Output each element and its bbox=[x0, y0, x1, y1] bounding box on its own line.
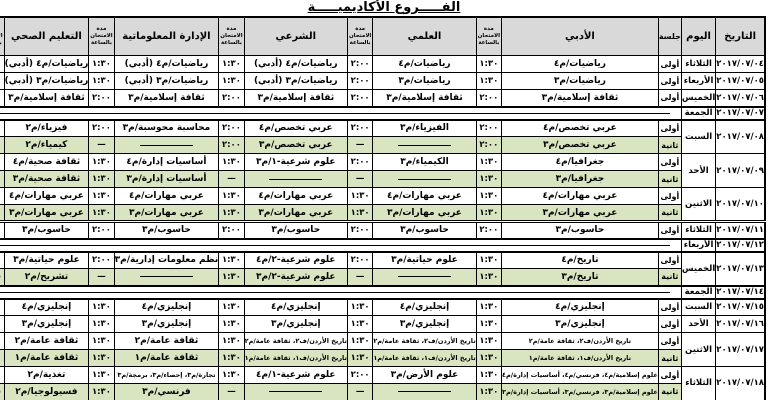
duration-cell: ١:٣٠ bbox=[476, 367, 501, 384]
duration-cell: ١:٣٠ bbox=[219, 56, 244, 73]
duration-cell: ١:٣٠ bbox=[219, 73, 244, 90]
duration-cell: ١:١٥ bbox=[0, 384, 4, 400]
subject-cell: تاريخ/م٣ bbox=[502, 269, 659, 286]
session-cell: أولى bbox=[658, 73, 681, 90]
duration-cell: ١:٣٠ bbox=[347, 333, 372, 350]
date-cell: ٢٠١٧/٠٧/١٤ bbox=[716, 286, 765, 299]
subject-cell: حاسوب/م٣ bbox=[4, 222, 89, 239]
duration-cell: ١:٣٠ bbox=[476, 316, 501, 333]
duration-cell: ١:٣٠ bbox=[476, 154, 501, 171]
subject-cell: تاريخ الأردن/ف١، ثقافة عامة/م١ bbox=[502, 350, 659, 367]
day-cell: السبت bbox=[681, 120, 715, 154]
subject-cell: رياضيات/م٤ bbox=[502, 56, 659, 73]
duration-cell: ٢:٠٠ bbox=[219, 222, 244, 239]
day-column-header: اليوم bbox=[681, 17, 715, 56]
subject-cell bbox=[114, 137, 219, 154]
date-cell: ٢٠١٧/٠٧/٠٤ bbox=[716, 56, 765, 73]
subject-cell: ثقافة عامة/م١ bbox=[114, 350, 219, 367]
duration-cell: ١:٣٠ bbox=[0, 154, 4, 171]
day-cell: الثلاثاء bbox=[681, 222, 715, 239]
duration-cell: ١:٣٠ bbox=[476, 56, 501, 73]
date-cell: ٢٠١٧/٠٧/١١ bbox=[716, 222, 765, 239]
day-cell: السبت bbox=[681, 299, 715, 316]
branch-column-header-1: العلمي bbox=[373, 17, 476, 56]
duration-cell: ١:٣٠ bbox=[89, 205, 114, 222]
duration-column-header: مدة الامتحان بالساعة bbox=[0, 17, 4, 56]
date-cell: ٢٠١٧/٠٧/٠٦ bbox=[716, 90, 765, 107]
session-cell: ثانية bbox=[658, 205, 681, 222]
exam-row: ٢٠١٧/٠٧/١٨الثلاثاءأولىعلوم إسلامية/م٤، ف… bbox=[0, 367, 765, 384]
no-exam-dash bbox=[140, 276, 194, 277]
duration-cell: ٢:٠٠ bbox=[476, 90, 501, 107]
subject-cell: عربي تخصص/م٣ bbox=[244, 137, 347, 154]
day-cell: الثلاثاء bbox=[681, 56, 715, 73]
duration-cell: ١:٣٠ bbox=[89, 367, 114, 384]
subject-cell bbox=[373, 269, 476, 286]
subject-cell: عربي مهارات/م٣ bbox=[373, 205, 476, 222]
subject-cell: أساسيات إدارة/م٣ bbox=[114, 171, 219, 188]
subject-cell: تاريخ الأردن/ف٢، ثقافة عامة/م٢ bbox=[373, 333, 476, 350]
duration-cell: ١:٣٠ bbox=[0, 205, 4, 222]
duration-cell: ١:٣٠ bbox=[347, 205, 372, 222]
subject-cell: حاسوب/م٣ bbox=[244, 222, 347, 239]
duration-cell: ١:٣٠ bbox=[219, 205, 244, 222]
subject-cell: الكيمياء/م٣ bbox=[373, 154, 476, 171]
date-cell: ٢٠١٧/٠٧/٠٥ bbox=[716, 73, 765, 90]
subject-cell: محاسبة محوسبة/م٣ bbox=[114, 120, 219, 137]
subject-cell: إنجليزي/م٣ bbox=[502, 316, 659, 333]
subject-cell: رياضيات/م٣ (أدبي) bbox=[4, 73, 89, 90]
subject-cell: إنجليزي/م٣ bbox=[244, 316, 347, 333]
duration-cell: ٢:٠٠ bbox=[476, 222, 501, 239]
duration-cell: ٢:٠٠ bbox=[89, 222, 114, 239]
subject-cell: تاريخ الأردن/ف٢، ثقافة عامة/م٢ bbox=[244, 333, 347, 350]
subject-cell: رياضيات/م٣ bbox=[502, 73, 659, 90]
duration-cell: ١:٣٠ bbox=[347, 299, 372, 316]
exam-row: ٢٠١٧/٠٧/٠٤الثلاثاءأولىرياضيات/م٤١:٣٠رياض… bbox=[0, 56, 765, 73]
exam-row: ثانيةعلوم إسلامية/م٣، فرنسي/م٣، أساسيات … bbox=[0, 384, 765, 400]
duration-cell: ٢:٠٠ bbox=[0, 222, 4, 239]
duration-cell: ١:٣٠ bbox=[219, 269, 244, 286]
subject-cell: رياضيات/م٣ bbox=[373, 73, 476, 90]
subject-cell: ثقافة صحية/م٤ bbox=[4, 154, 89, 171]
session-cell: ثانية bbox=[658, 269, 681, 286]
day-cell: الاثنين bbox=[681, 188, 715, 222]
session-cell: أولى bbox=[658, 252, 681, 269]
duration-cell: ١:٣٠ bbox=[89, 384, 114, 400]
duration-cell: ١:٣٠ bbox=[476, 252, 501, 269]
duration-cell: — bbox=[219, 384, 244, 400]
day-cell: الأربعاء bbox=[681, 73, 715, 90]
header-row: التاريخاليومجلسةالأدبيمدة الامتحان بالسا… bbox=[0, 17, 765, 56]
subject-cell: عربي مهارات/م٣ bbox=[244, 205, 347, 222]
page-title: الفـــــروع الأكاديميـــــة bbox=[0, 0, 768, 16]
exam-row: ٢٠١٧/٠٧/١٦الأحدأولىإنجليزي/م٣١:٣٠إنجليزي… bbox=[0, 316, 765, 333]
day-cell: الجمعة bbox=[681, 286, 715, 299]
holiday-row: ٢٠١٧/٠٧/١٢الأربعاء bbox=[0, 239, 765, 252]
duration-cell: ٢:٠٠ bbox=[219, 90, 244, 107]
duration-cell: ١:٣٠ bbox=[219, 350, 244, 367]
subject-cell: رياضيات/م٣ (أدبي) bbox=[244, 73, 347, 90]
subject-cell: تشريح/م٢ bbox=[4, 269, 89, 286]
subject-cell: جغرافيا/م٤ bbox=[502, 154, 659, 171]
no-exam-dash bbox=[398, 391, 451, 392]
duration-cell: — bbox=[347, 137, 372, 154]
exam-schedule-table: التاريخاليومجلسةالأدبيمدة الامتحان بالسا… bbox=[0, 16, 766, 400]
branch-column-header-0: الأدبي bbox=[502, 17, 659, 56]
day-cell: الاثنين bbox=[681, 333, 715, 367]
date-cell: ٢٠١٧/٠٧/٠٨ bbox=[716, 120, 765, 154]
subject-cell: علوم إسلامية/م٣، فرنسي/م٣، أساسيات إدارة… bbox=[502, 384, 659, 400]
duration-cell: ١:٣٠ bbox=[89, 171, 114, 188]
session-cell: أولى bbox=[658, 367, 681, 384]
subject-cell: ثقافة صحية/م٣ bbox=[4, 171, 89, 188]
duration-cell: ٢:٠٠ bbox=[476, 120, 501, 137]
duration-cell: ١:٣٠ bbox=[0, 171, 4, 188]
subject-cell: ثقافة عامة/م٢ bbox=[4, 333, 89, 350]
duration-cell: ١:٣٠ bbox=[0, 333, 4, 350]
subject-cell: ثقافة إسلامية/م٣ bbox=[114, 90, 219, 107]
date-cell: ٢٠١٧/٠٧/١٦ bbox=[716, 316, 765, 333]
duration-cell: — bbox=[347, 269, 372, 286]
date-column-header: التاريخ bbox=[716, 17, 765, 56]
subject-cell: عربي مهارات/م٣ bbox=[4, 205, 89, 222]
subject-cell: ثقافة عامة/م١ bbox=[4, 350, 89, 367]
duration-cell: ١:٣٠ bbox=[476, 171, 501, 188]
duration-cell: ١:٣٠ bbox=[476, 269, 501, 286]
duration-cell: ١:٣٠ bbox=[0, 137, 4, 154]
session-cell: أولى bbox=[658, 56, 681, 73]
duration-cell: ٢:٠٠ bbox=[0, 90, 4, 107]
subject-cell: إنجليزي/م٤ bbox=[244, 299, 347, 316]
exam-row: ٢٠١٧/٠٧/١١الثلاثاءأولىحاسوب/م٣٢:٠٠حاسوب/… bbox=[0, 222, 765, 239]
duration-cell: ١:٣٠ bbox=[0, 188, 4, 205]
subject-cell: إنجليزي/م٤ bbox=[114, 299, 219, 316]
subject-cell: علوم شرعية-٢/م٣ bbox=[244, 269, 347, 286]
date-cell: ٢٠١٧/٠٧/٠٧ bbox=[716, 107, 765, 120]
exam-row: ٢٠١٧/٠٧/٠٦الخميسأولىثقافة إسلامية/م٣٢:٠٠… bbox=[0, 90, 765, 107]
duration-cell: ١:٣٠ bbox=[476, 350, 501, 367]
subject-cell: رياضيات/م٤ bbox=[373, 56, 476, 73]
duration-cell: ١:٣٠ bbox=[347, 350, 372, 367]
subject-cell: علوم حياتية/م٣ bbox=[373, 252, 476, 269]
subject-cell: عربي مهارات/م٤ bbox=[502, 188, 659, 205]
day-cell: الثلاثاء bbox=[681, 367, 715, 400]
exam-row: ٢٠١٧/٠٧/١٠الاثنينأولىعربي مهارات/م٤١:٣٠ع… bbox=[0, 188, 765, 205]
holiday-line bbox=[0, 245, 670, 246]
subject-cell: إنجليزي/م٤ bbox=[502, 299, 659, 316]
session-cell: أولى bbox=[658, 188, 681, 205]
subject-cell: حاسوب/م٣ bbox=[114, 222, 219, 239]
session-cell: ثانية bbox=[658, 137, 681, 154]
subject-cell: نظم معلومات إدارية/م٣ bbox=[114, 252, 219, 269]
holiday-line bbox=[0, 292, 670, 293]
duration-cell: ١:٣٠ bbox=[89, 188, 114, 205]
subject-cell: إنجليزي/م٤ bbox=[4, 299, 89, 316]
duration-cell: ٢:٠٠ bbox=[347, 154, 372, 171]
duration-cell: ١:٣٠ bbox=[476, 333, 501, 350]
subject-cell: تجارة/م٣، إحصاء/م٣، برمجة/م٣ bbox=[114, 367, 219, 384]
exam-row: ثانيةعربي تخصص/م٣٢:٠٠—عربي تخصص/م٣٢:٠٠—ك… bbox=[0, 137, 765, 154]
day-cell: الخميس bbox=[681, 90, 715, 107]
exam-row: ٢٠١٧/٠٧/٠٥الأربعاءأولىرياضيات/م٣١:٣٠رياض… bbox=[0, 73, 765, 90]
duration-cell: — bbox=[347, 171, 372, 188]
session-cell: أولى bbox=[658, 154, 681, 171]
date-cell: ٢٠١٧/٠٧/١٣ bbox=[716, 252, 765, 286]
subject-cell: إنجليزي/م٣ bbox=[4, 316, 89, 333]
subject-cell: تاريخ/م٤ bbox=[502, 252, 659, 269]
subject-cell: تغذية/م٢ bbox=[4, 367, 89, 384]
session-cell: ثانية bbox=[658, 171, 681, 188]
subject-cell: جغرافيا/م٣ bbox=[502, 171, 659, 188]
exam-row: ٢٠١٧/٠٧/١٥السبتأولىإنجليزي/م٤١:٣٠إنجليزي… bbox=[0, 299, 765, 316]
subject-cell: رياضيات/م٤ (أدبي) bbox=[4, 56, 89, 73]
duration-cell: ١:٣٠ bbox=[476, 188, 501, 205]
duration-cell: ١:٣٠ bbox=[89, 350, 114, 367]
subject-cell: إنجليزي/م٣ bbox=[114, 316, 219, 333]
duration-cell: ١:٣٠ bbox=[89, 316, 114, 333]
duration-cell: ٢:٠٠ bbox=[347, 56, 372, 73]
date-cell: ٢٠١٧/٠٧/١٠ bbox=[716, 188, 765, 222]
day-cell: الأحد bbox=[681, 316, 715, 333]
subject-cell: علوم الأرض/م٣ bbox=[373, 367, 476, 384]
subject-cell bbox=[244, 171, 347, 188]
date-cell: ٢٠١٧/٠٧/١٢ bbox=[716, 239, 765, 252]
subject-cell: كيمياء/م٢ bbox=[4, 137, 89, 154]
day-cell: الخميس bbox=[681, 252, 715, 286]
table-body: ٢٠١٧/٠٧/٠٤الثلاثاءأولىرياضيات/م٤١:٣٠رياض… bbox=[0, 56, 765, 400]
subject-cell: عربي مهارات/م٤ bbox=[244, 188, 347, 205]
subject-cell: فيزياء/م٢ bbox=[4, 120, 89, 137]
duration-cell: ١:٣٠ bbox=[0, 56, 4, 73]
duration-cell: ١:٣٠ bbox=[89, 154, 114, 171]
no-exam-dash bbox=[398, 145, 451, 146]
duration-column-header: مدة الامتحان بالساعة bbox=[347, 17, 372, 56]
exam-row: ٢٠١٧/٠٧/٠٩الأحدأولىجغرافيا/م٤١:٣٠الكيميا… bbox=[0, 154, 765, 171]
date-cell: ٢٠١٧/٠٧/١٧ bbox=[716, 333, 765, 367]
subject-cell: فسيولوجيا/م٢ bbox=[4, 384, 89, 400]
subject-cell: علوم شرعية-١/م٤ bbox=[244, 367, 347, 384]
duration-column-header: مدة الامتحان بالساعة bbox=[476, 17, 501, 56]
subject-cell bbox=[244, 384, 347, 400]
subject-cell: عربي مهارات/م٣ bbox=[502, 205, 659, 222]
subject-cell: علوم حياتية/م٣ bbox=[4, 252, 89, 269]
duration-cell: ١:١٥ bbox=[0, 269, 4, 286]
no-exam-dash bbox=[140, 145, 194, 146]
duration-cell: ٢:٠٠ bbox=[219, 137, 244, 154]
duration-cell: ٢:٠٠ bbox=[219, 120, 244, 137]
session-cell: ثانية bbox=[658, 384, 681, 400]
subject-cell: عربي تخصص/م٣ bbox=[502, 137, 659, 154]
session-column-header: جلسة bbox=[658, 17, 681, 56]
duration-cell: ٢:٠٠ bbox=[347, 252, 372, 269]
duration-cell: ١:٣٠ bbox=[219, 299, 244, 316]
duration-cell: ٢:٠٠ bbox=[476, 137, 501, 154]
duration-cell: — bbox=[89, 269, 114, 286]
subject-cell: رياضيات/م٤ (أدبي) bbox=[114, 56, 219, 73]
duration-cell: ١:٣٠ bbox=[476, 299, 501, 316]
subject-cell: عربي مهارات/م٤ bbox=[4, 188, 89, 205]
holiday-row: ٢٠١٧/٠٧/١٤الجمعة bbox=[0, 286, 765, 299]
duration-cell: ٢:٠٠ bbox=[347, 90, 372, 107]
subject-cell: عربي مهارات/م٤ bbox=[373, 188, 476, 205]
holiday-row: ٢٠١٧/٠٧/٠٧الجمعة bbox=[0, 107, 765, 120]
subject-cell bbox=[373, 137, 476, 154]
duration-cell: ١:٣٠ bbox=[89, 333, 114, 350]
duration-cell: ١:٣٠ bbox=[219, 252, 244, 269]
subject-cell: ثقافة إسلامية/م٣ bbox=[373, 90, 476, 107]
holiday-cell bbox=[0, 107, 681, 120]
subject-cell: إنجليزي/م٣ bbox=[373, 316, 476, 333]
subject-cell: ثقافة إسلامية/م٣ bbox=[502, 90, 659, 107]
duration-cell: ١:٣٠ bbox=[347, 188, 372, 205]
subject-cell: علوم شرعية-٢/م٤ bbox=[244, 252, 347, 269]
holiday-line bbox=[0, 113, 670, 114]
branch-column-header-2: الشرعي bbox=[244, 17, 347, 56]
subject-cell: حاسوب/م٣ bbox=[373, 222, 476, 239]
subject-cell: عربي مهارات/م٤ bbox=[114, 188, 219, 205]
duration-cell: ١:٣٠ bbox=[0, 316, 4, 333]
exam-row: ثانيةجغرافيا/م٣١:٣٠——أساسيات إدارة/م٣١:٣… bbox=[0, 171, 765, 188]
session-cell: ثانية bbox=[658, 350, 681, 367]
duration-column-header: مدة الامتحان بالساعة bbox=[89, 17, 114, 56]
subject-cell: رياضيات/م٣ (أدبي) bbox=[114, 73, 219, 90]
subject-cell: فرنسي/م٣ bbox=[114, 384, 219, 400]
subject-cell: عربي تخصص/م٤ bbox=[502, 120, 659, 137]
subject-cell: ثقافة عامة/م٢ bbox=[114, 333, 219, 350]
exam-row: ٢٠١٧/٠٧/٠٨السبتأولىعربي تخصص/م٤٢:٠٠الفيز… bbox=[0, 120, 765, 137]
exam-row: ٢٠١٧/٠٧/١٧الاثنينأولىتاريخ الأردن/ف٢، ثق… bbox=[0, 333, 765, 350]
date-cell: ٢٠١٧/٠٧/١٥ bbox=[716, 299, 765, 316]
session-cell: أولى bbox=[658, 299, 681, 316]
duration-cell: ٢:٠٠ bbox=[89, 252, 114, 269]
duration-cell: ١:٣٠ bbox=[219, 188, 244, 205]
date-cell: ٢٠١٧/٠٧/٠٩ bbox=[716, 154, 765, 188]
subject-cell: ثقافة إسلامية/م٣ bbox=[4, 90, 89, 107]
subject-cell: حاسوب/م٣ bbox=[502, 222, 659, 239]
duration-cell: ١:٣٠ bbox=[0, 73, 4, 90]
duration-cell: ١:٣٠ bbox=[476, 205, 501, 222]
session-cell: أولى bbox=[658, 90, 681, 107]
subject-cell: الفيزياء/م٣ bbox=[373, 120, 476, 137]
subject-cell: تاريخ الأردن/ف٢، ثقافة عامة/م٢ bbox=[502, 333, 659, 350]
duration-cell: ١:٣٠ bbox=[0, 350, 4, 367]
duration-cell: ١:٣٠ bbox=[0, 120, 4, 137]
exam-row: ثانيةتاريخ الأردن/ف١، ثقافة عامة/م١١:٣٠ت… bbox=[0, 350, 765, 367]
page: { "title": "الفـــــروع الأكاديميـــــة"… bbox=[0, 0, 768, 400]
branch-column-header-3: الإدارة المعلوماتية bbox=[114, 17, 219, 56]
holiday-cell bbox=[0, 239, 681, 252]
duration-cell: ١:٣٠ bbox=[476, 73, 501, 90]
branch-column-header-4: التعليم الصحي bbox=[4, 17, 89, 56]
duration-cell: ١:٣٠ bbox=[219, 367, 244, 384]
duration-cell: ١:٣٠ bbox=[0, 367, 4, 384]
subject-cell: تاريخ الأردن/ف١، ثقافة عامة/م١ bbox=[373, 350, 476, 367]
session-cell: أولى bbox=[658, 333, 681, 350]
duration-cell: ١:٣٠ bbox=[476, 384, 501, 400]
day-cell: الأحد bbox=[681, 154, 715, 188]
subject-cell bbox=[114, 269, 219, 286]
exam-row: ثانيةتاريخ/م٣١:٣٠—علوم شرعية-٢/م٣١:٣٠—تش… bbox=[0, 269, 765, 286]
duration-cell: ٢:٠٠ bbox=[347, 120, 372, 137]
subject-cell: ثقافة إسلامية/م٣ bbox=[244, 90, 347, 107]
subject-cell: عربي مهارات/م٣ bbox=[114, 205, 219, 222]
no-exam-dash bbox=[398, 276, 451, 277]
duration-cell: ٢:٠٠ bbox=[347, 73, 372, 90]
session-cell: أولى bbox=[658, 222, 681, 239]
day-cell: الأربعاء bbox=[681, 239, 715, 252]
duration-cell: — bbox=[89, 137, 114, 154]
exam-row: ثانيةعربي مهارات/م٣١:٣٠عربي مهارات/م٣١:٣… bbox=[0, 205, 765, 222]
duration-cell: ٢:٠٠ bbox=[89, 90, 114, 107]
subject-cell: إنجليزي/م٤ bbox=[373, 299, 476, 316]
duration-cell: ٢:٠٠ bbox=[89, 120, 114, 137]
session-cell: أولى bbox=[658, 316, 681, 333]
duration-cell: ٢:٠٠ bbox=[347, 367, 372, 384]
subject-cell bbox=[373, 171, 476, 188]
duration-cell: — bbox=[347, 384, 372, 400]
no-exam-dash bbox=[269, 391, 322, 392]
exam-row: ٢٠١٧/٠٧/١٣الخميسأولىتاريخ/م٤١:٣٠علوم حيا… bbox=[0, 252, 765, 269]
duration-cell: ١:٣٠ bbox=[89, 56, 114, 73]
table-header: التاريخاليومجلسةالأدبيمدة الامتحان بالسا… bbox=[0, 17, 765, 56]
subject-cell: أساسيات إدارة/م٤ bbox=[114, 154, 219, 171]
duration-cell: ١:٣٠ bbox=[0, 299, 4, 316]
duration-cell: ١:٣٠ bbox=[219, 154, 244, 171]
holiday-cell bbox=[0, 286, 681, 299]
session-cell: أولى bbox=[658, 120, 681, 137]
duration-column-header: مدة الامتحان بالساعة bbox=[219, 17, 244, 56]
duration-cell: ١:٣٠ bbox=[89, 73, 114, 90]
date-cell: ٢٠١٧/٠٧/١٨ bbox=[716, 367, 765, 400]
subject-cell: رياضيات/م٤ (أدبي) bbox=[244, 56, 347, 73]
duration-cell: ١:٣٠ bbox=[347, 316, 372, 333]
duration-cell: ٢:٠٠ bbox=[347, 222, 372, 239]
duration-cell: ١:٣٠ bbox=[89, 299, 114, 316]
duration-cell: ٢:٠٠ bbox=[0, 252, 4, 269]
duration-cell: ١:٣٠ bbox=[219, 316, 244, 333]
subject-cell: علوم إسلامية/م٤، فرنسي/م٤، أساسيات إدارة… bbox=[502, 367, 659, 384]
subject-cell: تاريخ الأردن/ف١، ثقافة عامة/م١ bbox=[244, 350, 347, 367]
subject-cell: عربي تخصص/م٤ bbox=[244, 120, 347, 137]
duration-cell: ١:٣٠ bbox=[219, 333, 244, 350]
duration-cell: — bbox=[219, 171, 244, 188]
no-exam-dash bbox=[269, 179, 322, 180]
subject-cell bbox=[373, 384, 476, 400]
subject-cell: علوم شرعية-١/م٣ bbox=[244, 154, 347, 171]
no-exam-dash bbox=[398, 179, 451, 180]
day-cell: الجمعة bbox=[681, 107, 715, 120]
